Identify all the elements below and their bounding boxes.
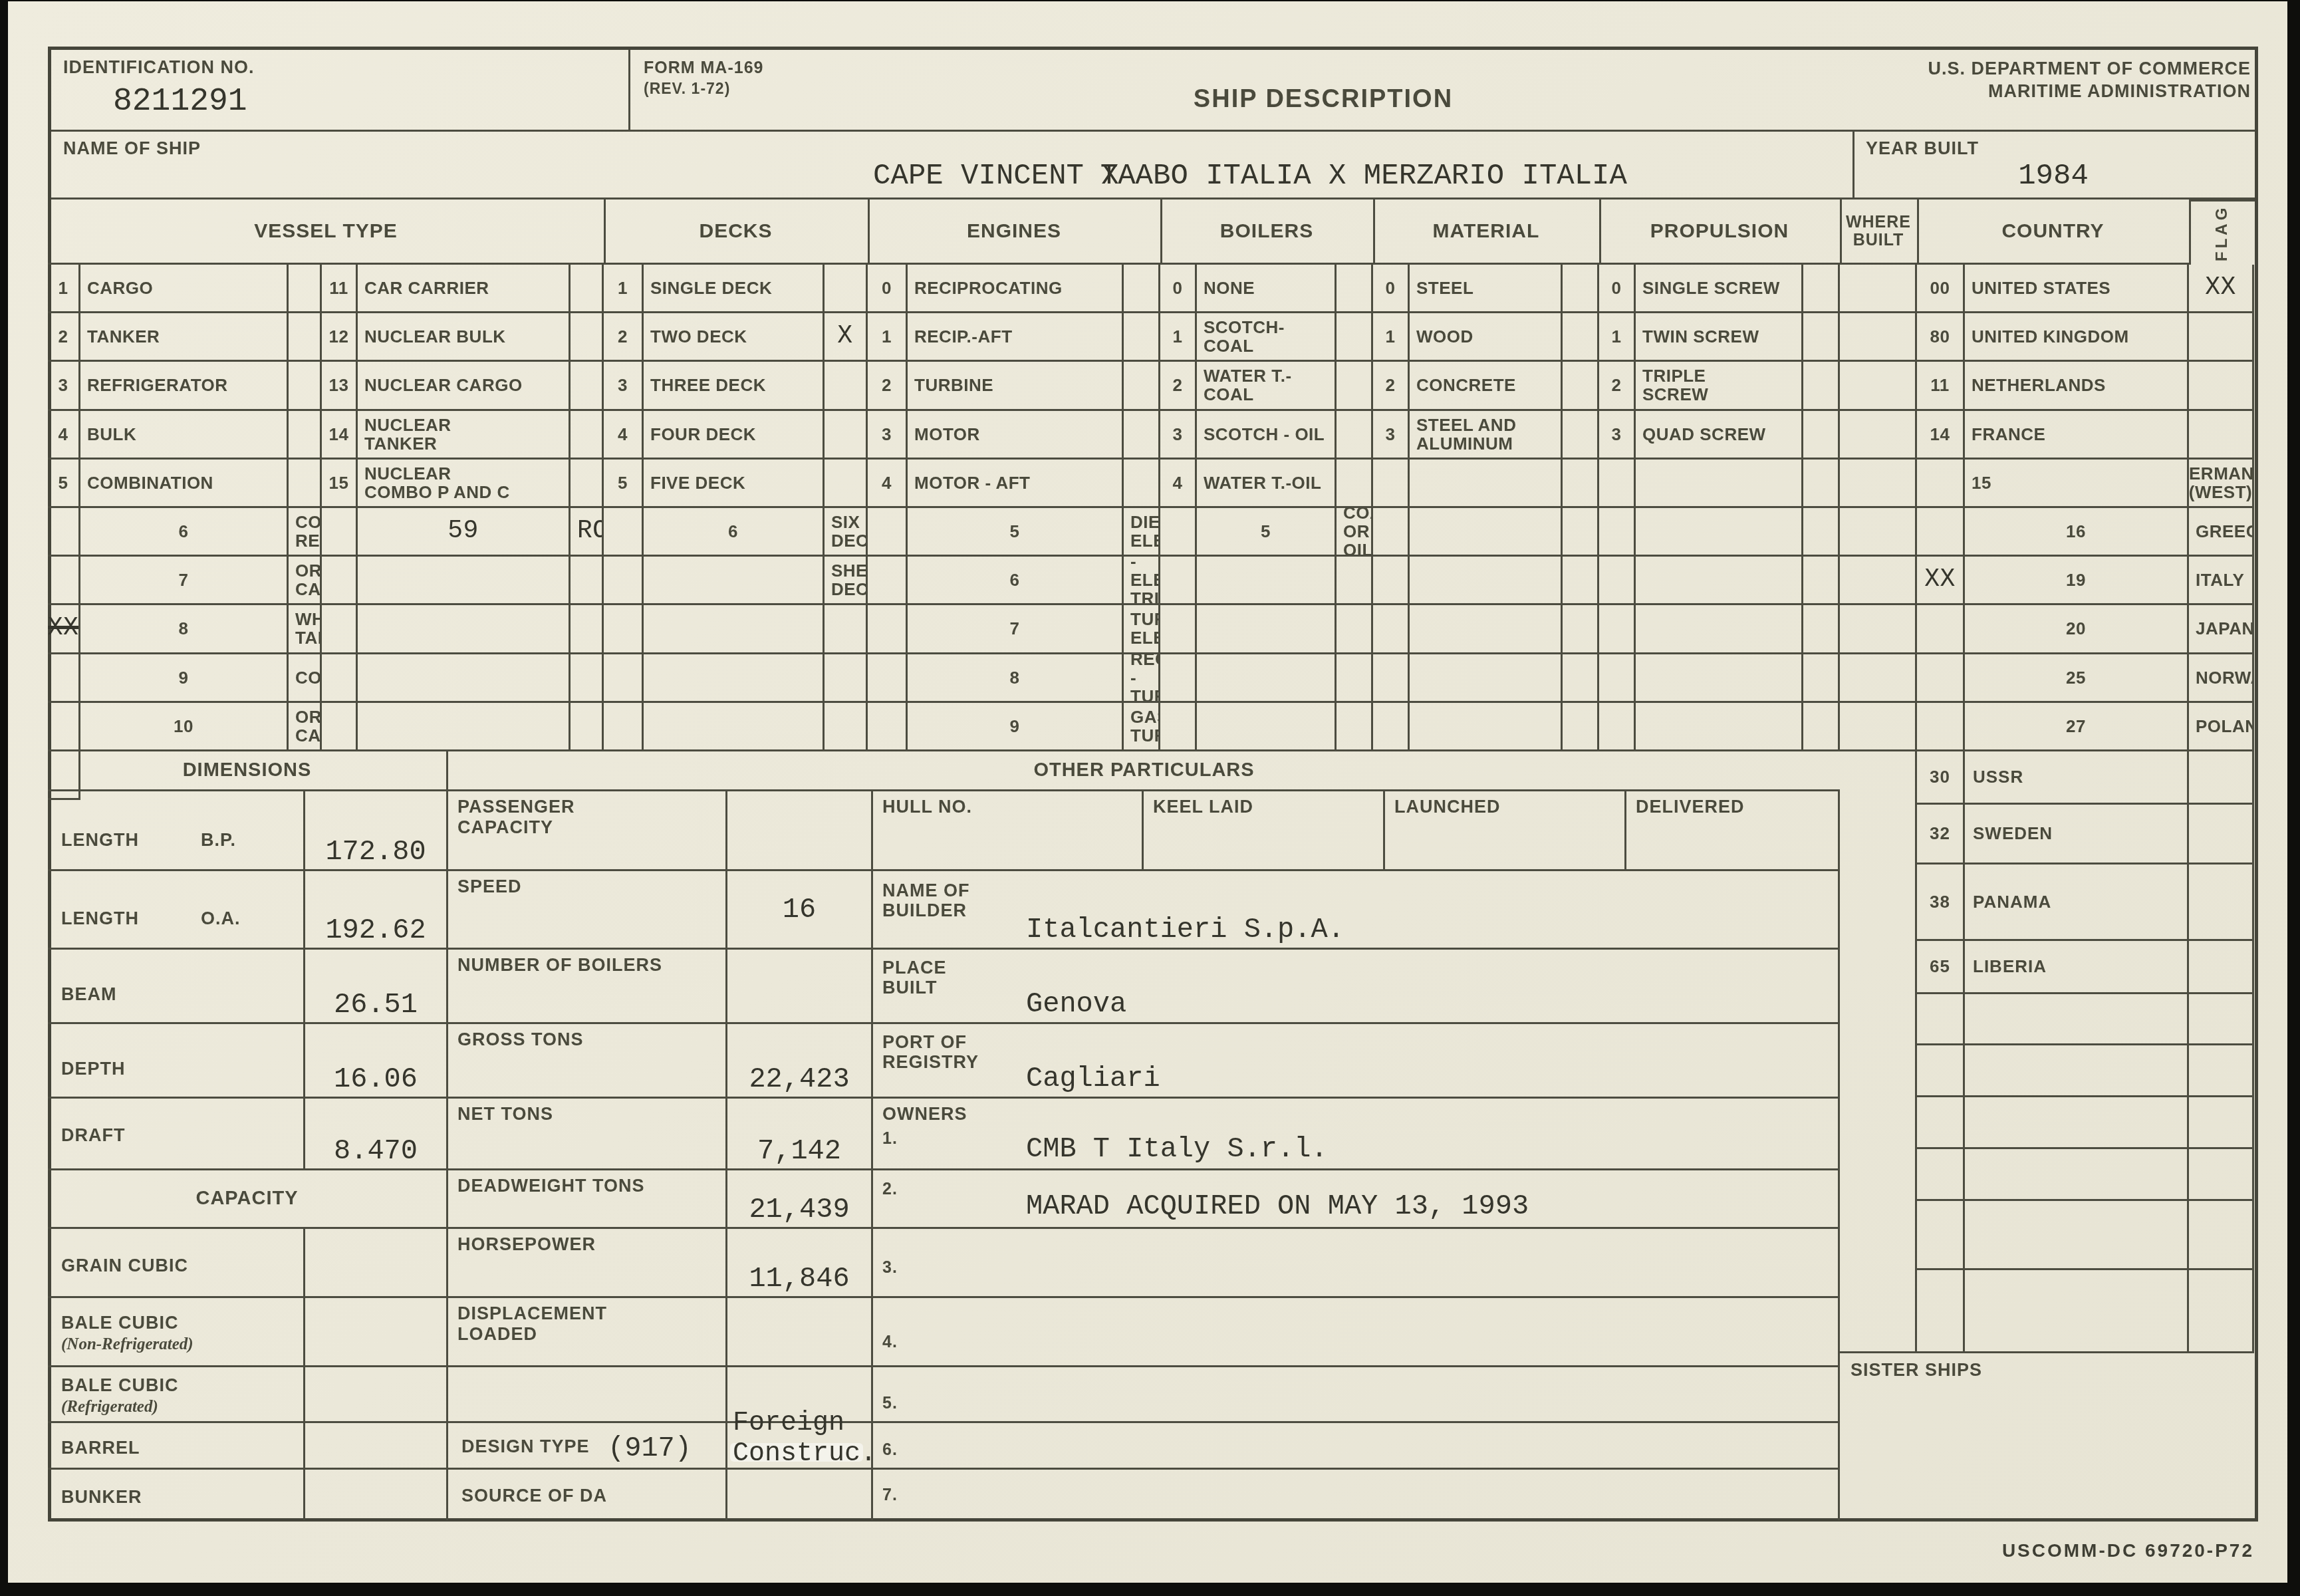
table-cell <box>322 654 358 703</box>
table-cell <box>1124 411 1160 460</box>
delivered-cell: DELIVERED <box>1626 791 1840 871</box>
speed-label: SPEED <box>448 871 727 950</box>
table-cell <box>1124 460 1160 508</box>
table-cell <box>1410 654 1563 703</box>
dept-line2: MARITIME ADMINISTRATION <box>1862 81 2251 102</box>
sister-ships-label: SISTER SHIPS <box>1851 1360 1982 1381</box>
table-cell <box>48 654 80 703</box>
year-built-value: 1984 <box>1853 160 2254 193</box>
table-cell <box>1373 654 1410 703</box>
launched-label: LAUNCHED <box>1394 797 1501 817</box>
table-cell <box>825 605 868 654</box>
cap-label-cell: BARREL <box>48 1423 305 1470</box>
form-number: FORM MA-169 <box>644 59 763 78</box>
table-cell: 15 <box>322 460 358 508</box>
classification-table: 1CARGO11CAR CARRIER1SINGLE DECK0RECIPROC… <box>48 265 2254 751</box>
table-cell <box>571 557 604 605</box>
table-cell <box>1636 508 1803 557</box>
table-cell: 4 <box>1160 460 1197 508</box>
table-cell <box>1337 703 1373 751</box>
table-cell: 6 <box>908 557 1124 605</box>
table-cell <box>1197 654 1337 703</box>
header-propulsion: PROPULSION <box>1599 199 1842 265</box>
passenger-capacity-label: PASSENGER CAPACITY <box>448 791 727 871</box>
table-cell: TURBINE <box>908 362 1124 410</box>
table-cell: REFRIGERATOR <box>80 362 289 410</box>
table-cell: STEEL AND ALUMINUM <box>1410 411 1563 460</box>
table-cell <box>1563 313 1599 362</box>
dim-label-cell: DEPTH <box>48 1024 305 1099</box>
table-cell <box>322 557 358 605</box>
port-of-registry-cell: PORT OF REGISTRY Cagliari <box>873 1024 1840 1099</box>
table-cell <box>322 508 358 557</box>
table-cell <box>1410 703 1563 751</box>
capacity-header: CAPACITY <box>48 1170 448 1229</box>
table-cell <box>1917 654 1965 703</box>
table-cell <box>1840 557 1917 605</box>
place-built-label: PLACE BUILT <box>882 958 947 997</box>
beam-label: BEAM <box>61 984 117 1005</box>
owner-2-num: 2. <box>882 1180 898 1199</box>
draft-label: DRAFT <box>61 1125 125 1146</box>
owner-4-num: 4. <box>882 1333 898 1352</box>
table-cell <box>825 460 868 508</box>
table-cell: TWIN SCREW <box>1636 313 1803 362</box>
table-cell <box>868 557 908 605</box>
other-particulars-header: OTHER PARTICULARS <box>448 751 1840 791</box>
table-cell <box>571 703 604 751</box>
owners-label: OWNERS <box>882 1104 967 1125</box>
table-cell <box>571 605 604 654</box>
table-cell: 65 <box>1917 941 1965 994</box>
table-cell: SCOTCH - OIL <box>1197 411 1337 460</box>
table-cell: POLAND <box>2189 703 2254 751</box>
table-cell <box>48 703 80 751</box>
table-cell <box>2189 1045 2254 1097</box>
table-cell: NETHERLANDS <box>1965 362 2189 410</box>
table-cell <box>1160 557 1197 605</box>
table-cell <box>1840 411 1917 460</box>
table-cell <box>1803 605 1840 654</box>
table-cell <box>2189 1201 2254 1270</box>
table-cell: 30 <box>1917 751 1965 805</box>
table-cell <box>1197 703 1337 751</box>
table-cell <box>322 605 358 654</box>
table-cell <box>1803 703 1840 751</box>
speed-value: 16 <box>727 871 873 950</box>
table-cell <box>289 313 322 362</box>
table-cell <box>1373 605 1410 654</box>
table-cell <box>1124 362 1160 410</box>
table-cell: 5 <box>908 508 1124 557</box>
dim-label-cell: LENGTH B.P. <box>48 791 305 871</box>
table-cell: SCOTCH- COAL <box>1197 313 1337 362</box>
scan-edge-bottom <box>0 1583 2300 1596</box>
name-of-builder-cell: NAME OF BUILDER Italcantieri S.p.A. <box>873 871 1840 950</box>
table-cell: 7 <box>80 557 289 605</box>
table-cell: WOOD <box>1410 313 1563 362</box>
page-title: SHIP DESCRIPTION <box>1170 85 1476 114</box>
table-cell <box>1337 313 1373 362</box>
where-built-strip <box>1840 751 1917 1353</box>
table-cell: PANAMA <box>1965 864 2189 941</box>
table-cell <box>48 557 80 605</box>
table-cell: ITALY <box>2189 557 2254 605</box>
table-cell <box>1636 557 1803 605</box>
table-cell <box>2189 805 2254 864</box>
table-cell <box>2189 1097 2254 1149</box>
table-cell <box>868 654 908 703</box>
table-cell <box>1803 508 1840 557</box>
table-cell: XX <box>1917 557 1965 605</box>
table-cell: WHALING TANKER <box>289 605 322 654</box>
table-cell <box>1636 605 1803 654</box>
table-cell: FRANCE <box>1965 411 2189 460</box>
grain-cubic-value <box>305 1229 448 1298</box>
table-cell <box>1563 654 1599 703</box>
identification-label: IDENTIFICATION NO. <box>63 57 255 78</box>
table-cell: SINGLE DECK <box>644 265 825 313</box>
table-cell: RECIP. - TURB <box>1124 654 1160 703</box>
hull-no-cell: HULL NO. <box>873 791 1144 871</box>
owner-7-num: 7. <box>882 1486 898 1505</box>
table-cell <box>825 703 868 751</box>
table-cell: 14 <box>1917 411 1965 460</box>
scan-edge-right <box>2287 0 2300 1596</box>
table-cell <box>644 605 825 654</box>
table-cell: 0 <box>1599 265 1636 313</box>
table-cell <box>1917 508 1965 557</box>
table-cell: 5 <box>1197 508 1337 557</box>
table-cell <box>1917 605 1965 654</box>
header-flag: FLAG <box>2189 199 2255 265</box>
table-cell: 3 <box>604 362 644 410</box>
table-cell: DIESEL - ELECTRIC <box>1124 508 1160 557</box>
table-cell: 5 <box>604 460 644 508</box>
table-cell <box>604 703 644 751</box>
owner-row-cell: 3. <box>873 1229 1840 1298</box>
table-cell: 1 <box>868 313 908 362</box>
table-cell: 12 <box>322 313 358 362</box>
table-cell: ORE CARRIER <box>289 703 322 751</box>
draft-value: 8.470 <box>305 1099 448 1170</box>
scanned-form-page: IDENTIFICATION NO. 8211291 FORM MA-169 (… <box>0 0 2300 1596</box>
table-cell <box>1803 460 1840 508</box>
table-cell <box>644 557 825 605</box>
table-cell: RECIPROCATING <box>908 265 1124 313</box>
table-cell: COMBINATION <box>80 460 289 508</box>
table-cell <box>358 605 571 654</box>
cap-label-cell: BUNKER <box>48 1470 305 1520</box>
table-cell: XX <box>48 605 80 654</box>
table-cell <box>868 605 908 654</box>
table-cell: QUAD SCREW <box>1636 411 1803 460</box>
length-bp-sub: B.P. <box>201 830 236 851</box>
ship-name-overstrike-t: T <box>1100 160 1118 193</box>
cap-label-cell: BALE CUBIC (Non-Refrigerated) <box>48 1298 305 1367</box>
table-cell: 20 <box>1965 605 2189 654</box>
table-cell: NORWAY <box>2189 654 2254 703</box>
table-cell: 8 <box>80 605 289 654</box>
divider <box>628 50 630 132</box>
table-cell: GREECE <box>2189 508 2254 557</box>
table-cell: 11 <box>322 265 358 313</box>
table-cell: UNITED KINGDOM <box>1965 313 2189 362</box>
table-cell <box>825 265 868 313</box>
cap-label-cell: GRAIN CUBIC <box>48 1229 305 1298</box>
hull-no-label: HULL NO. <box>882 797 972 817</box>
owner-row-cell: 2. MARAD ACQUIRED ON MAY 13, 1993 <box>873 1170 1840 1229</box>
ship-name-value: CAPE VINCENT XTAABO ITALIA X MERZARIO IT… <box>665 160 1835 193</box>
table-cell <box>1563 411 1599 460</box>
bunker-value <box>305 1470 448 1520</box>
table-cell <box>1337 265 1373 313</box>
table-cell <box>1337 460 1373 508</box>
table-cell <box>1563 460 1599 508</box>
table-cell <box>1373 557 1410 605</box>
name-of-ship-label: NAME OF SHIP <box>63 138 201 159</box>
table-cell: 38 <box>1917 864 1965 941</box>
table-cell: 3 <box>1373 411 1410 460</box>
net-tons-label: NET TONS <box>448 1099 727 1170</box>
owner-3-num: 3. <box>882 1258 898 1277</box>
form-revision: (REV. 1-72) <box>644 80 730 98</box>
table-cell <box>604 605 644 654</box>
source-of-data-value <box>727 1470 873 1520</box>
table-cell <box>1917 1270 1965 1353</box>
grain-cubic-label: GRAIN CUBIC <box>61 1256 188 1276</box>
table-cell <box>1563 703 1599 751</box>
table-cell <box>1965 1045 2189 1097</box>
table-cell <box>2189 362 2254 410</box>
table-cell: TRIPLE SCREW <box>1636 362 1803 410</box>
table-cell: 9 <box>80 654 289 703</box>
table-cell <box>1373 508 1410 557</box>
table-cell <box>1337 411 1373 460</box>
table-cell <box>289 411 322 460</box>
table-cell: 15 <box>1965 460 2189 508</box>
table-cell <box>571 411 604 460</box>
table-cell: DIESEL - ELEC- TRIC AFT <box>1124 557 1160 605</box>
table-cell <box>1917 1045 1965 1097</box>
owner-row-cell: 4. <box>873 1298 1840 1367</box>
table-cell <box>1124 313 1160 362</box>
table-cell: 7 <box>908 605 1124 654</box>
table-cell: NUCLEAR CARGO <box>358 362 571 410</box>
table-cell <box>2189 313 2254 362</box>
place-built-cell: PLACE BUILT Genova <box>873 950 1840 1024</box>
bale-cubic-r-label: BALE CUBIC <box>61 1375 179 1396</box>
table-cell: 4 <box>604 411 644 460</box>
table-cell <box>1599 460 1636 508</box>
table-cell <box>2189 864 2254 941</box>
table-cell: 11 <box>1917 362 1965 410</box>
table-cell <box>1840 313 1917 362</box>
table-cell <box>358 557 571 605</box>
table-cell: 6 <box>644 508 825 557</box>
year-built-label: YEAR BUILT <box>1866 138 1979 159</box>
table-cell <box>289 362 322 410</box>
depth-value: 16.06 <box>305 1024 448 1099</box>
table-cell <box>1917 703 1965 751</box>
table-cell <box>1337 654 1373 703</box>
table-cell <box>1337 605 1373 654</box>
identification-value: 8211291 <box>113 84 247 120</box>
number-of-boilers-label: NUMBER OF BOILERS <box>448 950 727 1024</box>
table-cell <box>1803 362 1840 410</box>
owner-2-value: MARAD ACQUIRED ON MAY 13, 1993 <box>1026 1190 1529 1222</box>
table-cell: NONE <box>1197 265 1337 313</box>
table-cell <box>644 703 825 751</box>
table-cell: SHELTER DECK <box>825 557 868 605</box>
table-cell <box>2189 994 2254 1045</box>
table-cell: 5 <box>48 460 80 508</box>
table-cell <box>322 703 358 751</box>
table-cell <box>1803 411 1840 460</box>
table-cell <box>825 654 868 703</box>
table-cell <box>1599 557 1636 605</box>
table-cell: 2 <box>604 313 644 362</box>
table-cell: 13 <box>322 362 358 410</box>
table-cell <box>1410 508 1563 557</box>
dimensions-header: DIMENSIONS <box>48 751 448 791</box>
table-cell: 2 <box>1599 362 1636 410</box>
ship-name-prefix: CAPE VINCENT <box>873 160 1101 193</box>
table-cell: 4 <box>48 411 80 460</box>
design-type-label: DESIGN TYPE <box>461 1436 590 1457</box>
table-cell: 0 <box>868 265 908 313</box>
table-cell <box>1599 654 1636 703</box>
table-cell: STEEL <box>1410 265 1563 313</box>
header-where-built: WHERE BUILT <box>1840 199 1919 265</box>
header-vessel-type: VESSEL TYPE <box>48 199 606 265</box>
table-cell: COAL OR OIL <box>1337 508 1373 557</box>
deadweight-tons-value: 21,439 <box>727 1170 873 1229</box>
horsepower-label: HORSEPOWER <box>448 1229 727 1298</box>
table-cell <box>571 362 604 410</box>
table-cell <box>571 265 604 313</box>
owner-1-num: 1. <box>882 1129 898 1148</box>
table-cell: USSR <box>1965 751 2189 805</box>
table-cell: NUCLEAR COMBO P AND C <box>358 460 571 508</box>
table-cell <box>1803 265 1840 313</box>
keel-laid-cell: KEEL LAID <box>1144 791 1385 871</box>
table-cell <box>1563 557 1599 605</box>
table-cell: WATER T.-OIL <box>1197 460 1337 508</box>
barrel-value <box>305 1423 448 1470</box>
table-cell: 00 <box>1917 265 1965 313</box>
length-oa-sub: O.A. <box>201 908 241 929</box>
table-cell: RECIP.-AFT <box>908 313 1124 362</box>
net-tons-value: 7,142 <box>727 1099 873 1170</box>
table-cell: 4 <box>868 460 908 508</box>
table-cell <box>1563 605 1599 654</box>
table-cell: CAR CARRIER <box>358 265 571 313</box>
table-cell: 1 <box>1599 313 1636 362</box>
displacement-loaded-label: DISPLACEMENT LOADED <box>448 1298 727 1367</box>
table-cell <box>1337 557 1373 605</box>
table-cell <box>1410 460 1563 508</box>
scan-edge-left <box>0 0 8 1596</box>
table-cell: 3 <box>48 362 80 410</box>
keel-laid-label: KEEL LAID <box>1153 797 1253 817</box>
dim-label-cell: LENGTH O.A. <box>48 871 305 950</box>
table-cell <box>48 508 80 557</box>
country-table-lower: 30USSR32SWEDEN38PANAMA65LIBERIA <box>1917 751 2254 1353</box>
place-built-value: Genova <box>1026 988 1126 1020</box>
table-cell: 80 <box>1917 313 1965 362</box>
table-cell <box>1563 265 1599 313</box>
table-cell <box>1965 1149 2189 1201</box>
table-cell <box>1160 703 1197 751</box>
table-cell <box>1599 605 1636 654</box>
table-cell: 3 <box>1160 411 1197 460</box>
table-cell: SIX DECK <box>825 508 868 557</box>
table-cell <box>868 508 908 557</box>
design-type-code: (917) <box>608 1432 692 1464</box>
table-cell <box>571 654 604 703</box>
table-cell: THREE DECK <box>644 362 825 410</box>
design-type-cell: DESIGN TYPE (917) <box>448 1423 727 1470</box>
table-cell: BULK <box>80 411 289 460</box>
barrel-label: BARREL <box>61 1438 140 1458</box>
table-cell <box>1636 460 1803 508</box>
length-oa-value: 192.62 <box>305 871 448 950</box>
table-cell: X <box>825 313 868 362</box>
table-cell: WATER T.- COAL <box>1197 362 1337 410</box>
table-cell <box>1636 703 1803 751</box>
table-cell <box>1373 703 1410 751</box>
depth-label: DEPTH <box>61 1059 126 1079</box>
table-cell: 10 <box>80 703 289 751</box>
table-cell <box>1917 1201 1965 1270</box>
table-cell <box>1840 460 1917 508</box>
number-of-boilers-value <box>727 950 873 1024</box>
header-engines: ENGINES <box>868 199 1162 265</box>
launched-cell: LAUNCHED <box>1385 791 1626 871</box>
table-cell <box>1840 508 1917 557</box>
table-cell: 19 <box>1965 557 2189 605</box>
table-cell <box>2189 411 2254 460</box>
table-cell <box>1337 362 1373 410</box>
bale-cubic-nr-value <box>305 1298 448 1367</box>
table-cell <box>1160 605 1197 654</box>
table-cell <box>825 411 868 460</box>
passenger-capacity-value <box>727 791 873 871</box>
table-cell <box>358 654 571 703</box>
table-cell <box>1840 362 1917 410</box>
table-cell: NUCLEAR BULK <box>358 313 571 362</box>
delivered-label: DELIVERED <box>1636 797 1745 817</box>
bale-cubic-r-sub: (Refrigerated) <box>61 1398 158 1416</box>
table-cell <box>604 654 644 703</box>
table-cell: 25 <box>1965 654 2189 703</box>
table-cell: COMBINATION REFRIG'OR <box>289 508 322 557</box>
table-cell: 32 <box>1917 805 1965 864</box>
table-cell: 3 <box>1599 411 1636 460</box>
displacement-loaded-value <box>727 1298 873 1367</box>
table-cell: RO/RO <box>571 508 604 557</box>
table-cell <box>1563 508 1599 557</box>
table-cell <box>1124 265 1160 313</box>
table-cell: FOUR DECK <box>644 411 825 460</box>
table-cell: MOTOR - AFT <box>908 460 1124 508</box>
design-type-value-cell: Foreign Construc. <box>727 1423 873 1470</box>
table-cell <box>2189 1270 2254 1353</box>
table-cell: 3 <box>868 411 908 460</box>
table-cell <box>644 654 825 703</box>
length-bp-value: 172.80 <box>305 791 448 871</box>
